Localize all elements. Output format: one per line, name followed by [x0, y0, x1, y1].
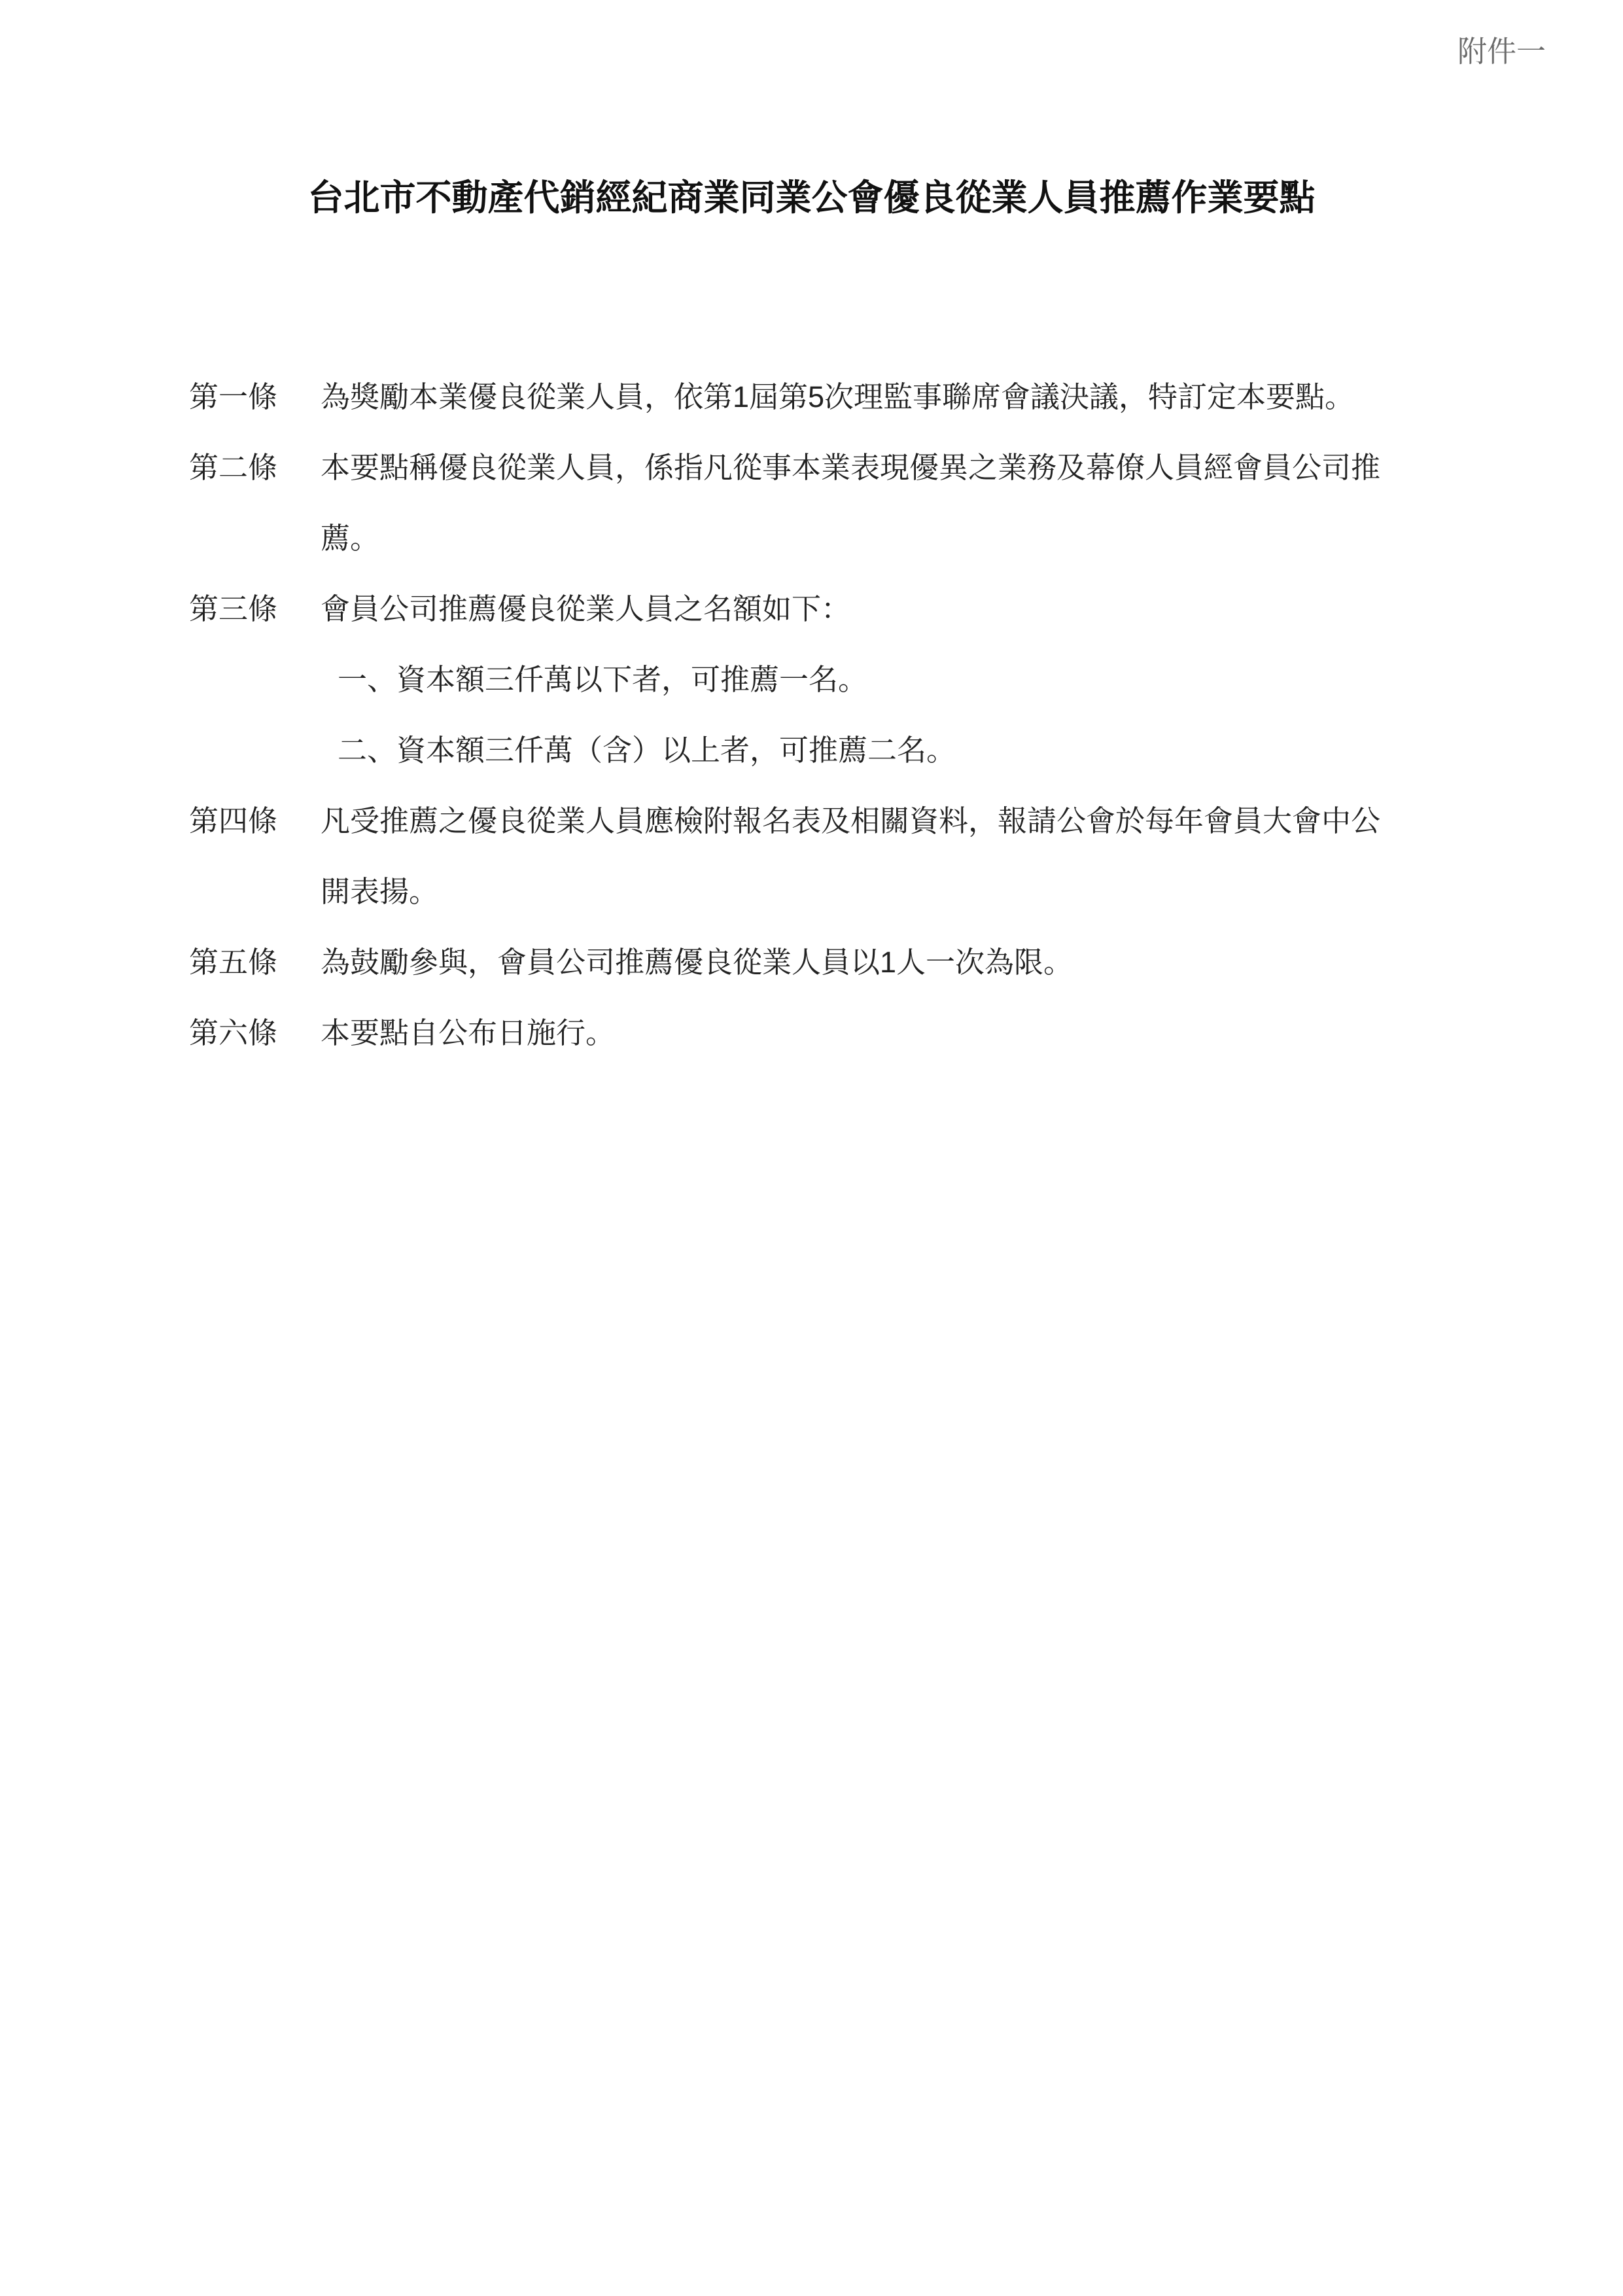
- article-number: 第二條: [189, 433, 321, 503]
- article-number: 第四條: [189, 786, 321, 857]
- article-text: 本要點稱優良從業人員，係指凡從事本業表現優異之業務及幕僚人員經會員公司推薦。: [321, 433, 1406, 574]
- articles-list: 第一條 為獎勵本業優良從業人員，依第1屆第5次理監事聯席會議決議，特訂定本要點。…: [189, 362, 1471, 1069]
- article-number: 第五條: [189, 927, 321, 998]
- article-number: 第一條: [189, 362, 321, 433]
- article-text: 為鼓勵參與，會員公司推薦優良從業人員以1人一次為限。: [321, 927, 1073, 998]
- list-item: 二、資本額三仟萬（含）以上者，可推薦二名。: [189, 715, 1471, 786]
- article-row: 第六條 本要點自公布日施行。: [189, 998, 1471, 1069]
- list-item: 一、資本額三仟萬以下者，可推薦一名。: [189, 645, 1471, 715]
- document-page: 附件一 台北市不動產代銷經紀商業同業公會優良從業人員推薦作業要點 第一條 為獎勵…: [0, 0, 1623, 2296]
- sub-item-text: 二、資本額三仟萬（含）以上者，可推薦二名。: [321, 715, 956, 786]
- sub-item-text: 一、資本額三仟萬以下者，可推薦一名。: [321, 645, 867, 715]
- article-text: 為獎勵本業優良從業人員，依第1屆第5次理監事聯席會議決議，特訂定本要點。: [321, 362, 1354, 433]
- article-number: 第三條: [189, 574, 321, 645]
- article-row: 第二條 本要點稱優良從業人員，係指凡從事本業表現優異之業務及幕僚人員經會員公司推…: [189, 433, 1471, 574]
- article-row: 第三條 會員公司推薦優良從業人員之名額如下：: [189, 574, 1471, 645]
- article-text: 會員公司推薦優良從業人員之名額如下：: [321, 574, 850, 645]
- document-title: 台北市不動產代銷經紀商業同業公會優良從業人員推薦作業要點: [0, 169, 1623, 221]
- article-text: 本要點自公布日施行。: [321, 998, 615, 1069]
- article-row: 第四條 凡受推薦之優良從業人員應檢附報名表及相關資料，報請公會於每年會員大會中公…: [189, 786, 1471, 927]
- article-row: 第五條 為鼓勵參與，會員公司推薦優良從業人員以1人一次為限。: [189, 927, 1471, 998]
- article-text: 凡受推薦之優良從業人員應檢附報名表及相關資料，報請公會於每年會員大會中公開表揚。: [321, 786, 1406, 927]
- article-number: 第六條: [189, 998, 321, 1069]
- article-row: 第一條 為獎勵本業優良從業人員，依第1屆第5次理監事聯席會議決議，特訂定本要點。: [189, 362, 1471, 433]
- attachment-note: 附件一: [1457, 34, 1546, 69]
